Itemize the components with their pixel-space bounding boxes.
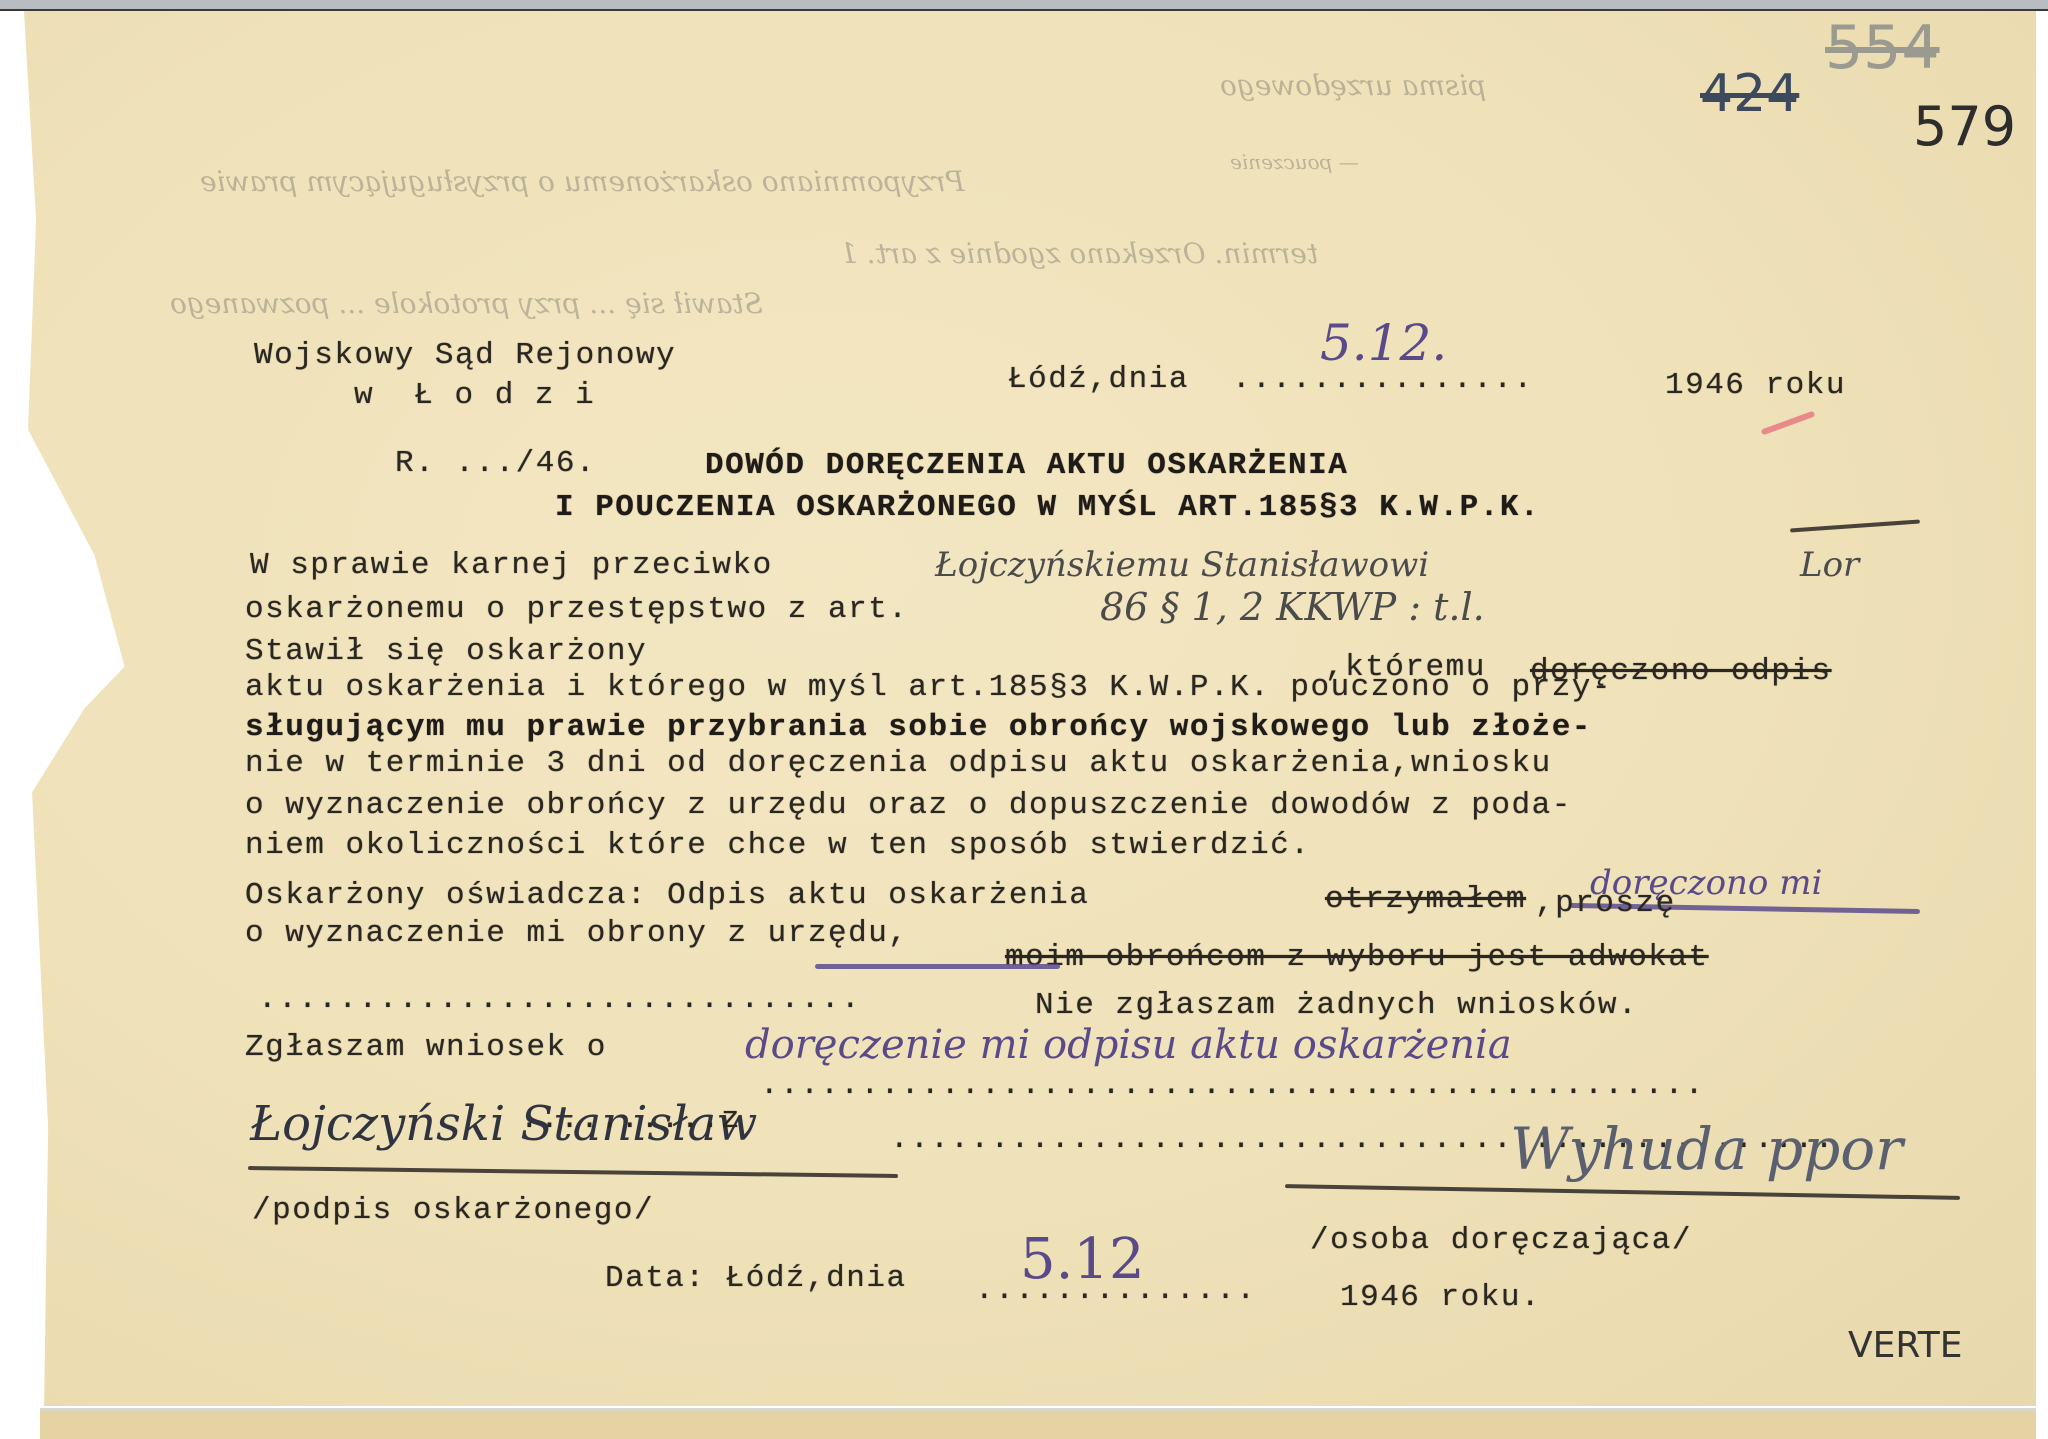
no-motions-statement: Nie zgłaszam żadnych wniosków. xyxy=(1035,990,1638,1021)
body-line-9-end: ,proszę xyxy=(1535,888,1676,919)
defendant-signature-label: /podpis oskarżonego/ xyxy=(252,1195,654,1226)
dotted-leader: ..........z xyxy=(520,1104,741,1135)
bleed-through-text: Przypomniano oskarżonemu o przysługujący… xyxy=(200,168,964,196)
archive-number-pencil: 554 xyxy=(1825,18,1940,78)
verte-note: VERTE xyxy=(1848,1328,1963,1364)
body-line-3: Stawił się oskarżony xyxy=(245,636,647,667)
dotted-leader: .............................. xyxy=(258,984,861,1015)
bleed-through-text: termin. Orzekano zgodnie z art. 1 xyxy=(840,240,1318,268)
struck-text: otrzymałem xyxy=(1325,884,1526,915)
body-line-9: Oskarżony oświadcza: Odpis aktu oskarżen… xyxy=(245,880,1109,911)
body-line-6: nie w terminie 3 dni od doręczenia odpis… xyxy=(245,748,1552,779)
document-title-line1: DOWÓD DORĘCZENIA AKTU OSKARŻENIA xyxy=(705,450,1348,481)
violet-underline xyxy=(815,964,1060,969)
body-line-5: sługującym mu prawie przybrania sobie ob… xyxy=(245,712,1592,743)
server-signature: Wyhuda ppor xyxy=(1510,1120,1903,1178)
server-signature-label: /osoba doręczająca/ xyxy=(1310,1225,1692,1256)
date-year: 1946 roku. xyxy=(1340,1282,1541,1313)
page-number: 579 xyxy=(1913,100,2016,154)
place-date-prefix: Łódź,dnia xyxy=(1008,364,1189,395)
document-title-line2: I POUCZENIA OSKARŻONEGO W MYŚL ART.185§3… xyxy=(555,492,1540,523)
date-prefix: Data: Łódź,dnia xyxy=(605,1263,907,1294)
archive-number-struck: 424 xyxy=(1700,68,1799,120)
body-line-7: o wyznaczenie obrońcy z urzędu oraz o do… xyxy=(245,790,1572,821)
body-line-2: oskarżonemu o przestępstwo z art. xyxy=(245,594,908,625)
court-city: w Ł o d z i xyxy=(354,380,595,411)
bleed-through-text: pisma urzędowego xyxy=(1220,72,1486,100)
dotted-leader: ........................................… xyxy=(760,1070,1705,1101)
handwritten-note: Lor xyxy=(1800,548,1859,582)
body-line-8: niem okoliczności które chce w ten sposó… xyxy=(245,830,1310,861)
motion-handwritten: doręczenie mi odpisu aktu oskarżenia xyxy=(745,1025,1512,1065)
backing-strip xyxy=(40,1408,2036,1439)
body-line-4: aktu oskarżenia i którego w myśl art.185… xyxy=(245,672,1612,703)
motion-label: Zgłaszam wniosek o xyxy=(245,1032,607,1063)
body-line-10: o wyznaczenie mi obrony z urzędu, xyxy=(245,918,908,949)
body-line-1: W sprawie karnej przeciwko xyxy=(250,550,773,581)
article-handwritten: 86 § 1, 2 KKWP : t.l. xyxy=(1100,588,1485,626)
place-date-year: 1946 roku xyxy=(1665,370,1846,401)
scanner-top-edge xyxy=(0,0,2048,11)
court-name: Wojskowy Sąd Rejonowy xyxy=(254,340,676,371)
defendant-name-handwritten: Łojczyńskiemu Stanisławowi xyxy=(935,548,1429,582)
place-date-handwritten: 5.12. xyxy=(1320,318,1447,368)
date-handwritten: 5.12 xyxy=(1020,1232,1145,1288)
case-reference: R. .../46. xyxy=(395,448,596,479)
bleed-through-text: — pouczenie xyxy=(1230,152,1359,172)
bleed-through-text: Stawił się ... przy protokole ... pozwan… xyxy=(170,290,763,318)
struck-text: moim obrońcom z wyboru jest adwokat xyxy=(1005,942,1709,973)
